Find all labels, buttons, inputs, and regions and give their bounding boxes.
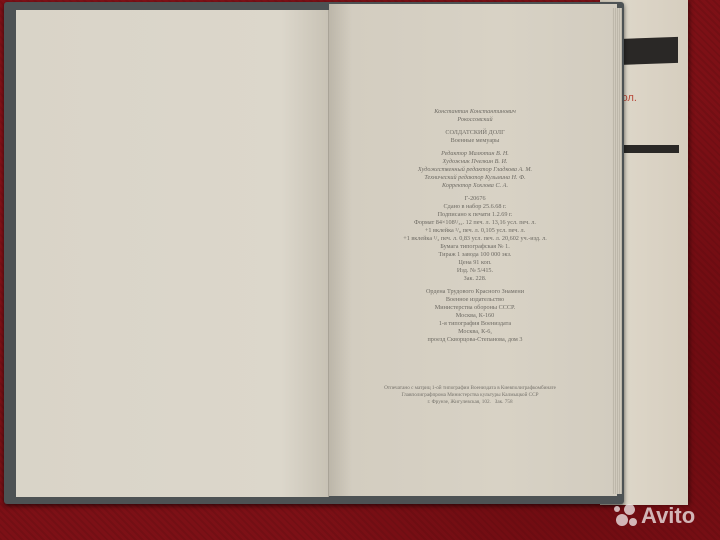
print-detail: Изд. № 5/415. (340, 267, 610, 275)
avito-text: Avito (641, 503, 695, 529)
publisher-line: Москва, К-6, (340, 328, 610, 336)
imprint-block: Константин Константинович Рокоссовский С… (340, 108, 610, 344)
print-detail: Бумага типографская № 1. (340, 243, 610, 251)
colophon-line: г. Фрунзе, Жигулевская, 102. Зак. 758 (320, 399, 620, 406)
publisher-line: проезд Скворцова-Степанова, дом 3 (340, 336, 610, 344)
print-detail: +1 вклейка ¹/₈ печ. л. 0,105 усл. печ. л… (340, 227, 610, 235)
author-name: Константин Константинович (340, 108, 610, 116)
credit-line: Редактор Малютин В. Н. (340, 150, 610, 158)
print-detail: Цена 91 коп. (340, 259, 610, 267)
avito-logo-icon (614, 504, 638, 528)
print-detail: Тираж 1 завода 100 000 экз. (340, 251, 610, 259)
publisher-line: Ордена Трудового Красного Знамени (340, 288, 610, 296)
publisher-line: Министерства обороны СССР. (340, 304, 610, 312)
print-detail: Подписано к печати 1.2.69 г. (340, 211, 610, 219)
colophon-line: Отпечатано с матриц 1-ой типографии Воен… (320, 385, 620, 392)
book-title: СОЛДАТСКИЙ ДОЛГ (340, 129, 610, 137)
catalog-code: Г-20676 (340, 195, 610, 203)
colophon-line: Главполиграфпрома Министерства культуры … (320, 392, 620, 399)
credit-line: Корректор Хохлова С. А. (340, 182, 610, 190)
publisher-line: Москва, К-160 (340, 312, 610, 320)
colophon-block: Отпечатано с матриц 1-ой типографии Воен… (320, 385, 620, 406)
print-detail: +1 вклейка ¹/₂ печ. л. 0,83 усл. печ. л.… (340, 235, 610, 243)
print-detail: Сдано в набор 25.6.68 г. (340, 203, 610, 211)
cover-stripe (616, 37, 678, 65)
credit-line: Художник Пчелкин В. И. (340, 158, 610, 166)
publisher-line: Военное издательство (340, 296, 610, 304)
cover-stripe (617, 145, 679, 153)
author-surname: Рокоссовский (340, 116, 610, 124)
print-detail: Зак. 228. (340, 275, 610, 283)
credit-line: Технический редактор Кузьмина Н. Ф. (340, 174, 610, 182)
page-edges (612, 8, 622, 494)
print-detail: Формат 84×108¹/₃₂. 12 печ. л. 13,16 усл.… (340, 219, 610, 227)
credit-line: Художественный редактор Гладкова А. М. (340, 166, 610, 174)
book-subtitle: Военные мемуары (340, 137, 610, 145)
publisher-line: 1-я типография Воениздата (340, 320, 610, 328)
avito-watermark: Avito (614, 503, 695, 529)
left-page-blank (16, 10, 329, 497)
